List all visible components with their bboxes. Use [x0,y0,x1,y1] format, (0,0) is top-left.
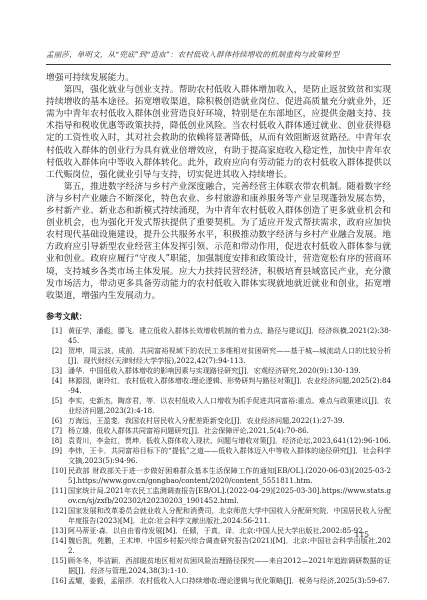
reference-item: [1] 黄征学，潘彪，滕飞．建立低收入群体长效增收机制的着力点、路径与建议[J]… [52,326,391,346]
reference-number: [6] [52,416,68,426]
reference-text: 袁青川，李金红，贾坤．低收入群体收入现状、问题与增收对策[J]．经济论坛,202… [68,436,391,446]
reference-item: [12] 国家发展和改革委员会就业收入分配和消费司，北京师范大学中国收入分配研究… [52,506,391,526]
reference-item: [9] 李炜，王卡．共同富裕目标下的“提低”之道——低收入群体迈入中等收入群体的… [52,446,391,466]
reference-text: 民政部 财政部关于进一步做好困难群众基本生活保障工作的通知[EB/OL].(20… [68,466,391,486]
reference-number: [10] [52,466,68,476]
reference-text: 阿马蒂亚·森．以自由看待发展[M]．任赜，于真，译．北京:中国人民大学出版社,2… [68,526,391,536]
reference-item: [16] 孟耀，姜毅，孟丽莎．农村低收入人口持续增收:理论逻辑与优化策略[J]．… [52,576,391,586]
reference-text: 顾冬冬，毕洁颖．西部脱贫地区相对贫困风险治理路径探究——来自2012—2021年… [68,556,391,576]
paper-page: 孟丽莎，单明文，从“兜底”到“造血”：农村低收入群体持续增收的机制重构与政策转型… [0,0,427,600]
reference-text: 杨立雄．低收入群体共同富裕问题研究[J]．社会保障评论,2021,5(4):70… [68,426,391,436]
running-head-text: 孟丽莎，单明文，从“兜底”到“造血”：农村低收入群体持续增收的机制重构与政策转型 [46,50,339,59]
paragraph-fourth: 第四，强化就业与创业支持。帮助农村低收入群体增加收入，是防止返贫致贫和实现持续增… [46,84,391,181]
reference-item: [14] 魏后凯，苑鹏，王术坤．中国乡村振兴综合调查研究报告(2021)[M]．… [52,536,391,556]
reference-item: [11] 国家统计局.2021年农民工监测调查报告[EB/OL].(2022-0… [52,486,391,506]
reference-number: [4] [52,376,68,386]
reference-item: [5] 李实，史新杰，陶彦君，等．以农村低收入人口增收为抓手促进共同富裕:重点、… [52,396,391,416]
reference-item: [13] 阿马蒂亚·森．以自由看待发展[M]．任赜，于真，译．北京:中国人民大学… [52,526,391,536]
references-heading: 参考文献： [46,311,391,322]
reference-text: 孟耀，姜毅，孟丽莎．农村低收入人口持续增收:理论逻辑与优化策略[J]．税务与经济… [68,576,391,586]
reference-number: [5] [52,396,68,406]
reference-text: 李实，史新杰，陶彦君，等．以农村低收入人口增收为抓手促进共同富裕:重点、难点与政… [68,396,391,416]
paragraph-continuation: 增强可持续发展能力。 [46,72,391,84]
reference-number: [13] [52,526,68,536]
reference-text: 贺坤，周云波，成前．共同富裕视域下的农民工多维相对贫困研究——基于城—城流动人口… [68,346,391,366]
reference-item: [8] 袁青川，李金红，贾坤．低收入群体收入现状、问题与增收对策[J]．经济论坛… [52,436,391,446]
reference-number: [2] [52,346,68,356]
references-section: 参考文献： [1] 黄征学，潘彪，滕飞．建立低收入群体长效增收机制的着力点、路径… [46,311,391,586]
reference-text: 国家发展和改革委员会就业收入分配和消费司，北京师范大学中国收入分配研究院．中国居… [68,506,391,526]
reference-number: [16] [52,576,68,586]
reference-number: [1] [52,326,68,336]
reference-text: 林源园，谢玲红．农村低收入群体增收:理论逻辑、形势研判与路径对策[J]．农业经济… [68,376,391,396]
reference-item: [2] 贺坤，周云波，成前．共同富裕视域下的农民工多维相对贫困研究——基于城—城… [52,346,391,366]
reference-number: [3] [52,366,68,376]
body-text: 增强可持续发展能力。 第四，强化就业与创业支持。帮助农村低收入群体增加收入，是防… [46,72,391,302]
page-number: 115 [355,530,369,539]
reference-text: 潘华．中国低收入群体增收的影响因素与实现路径研究[J]．宏观经济研究,2020(… [68,366,391,376]
references-list: [1] 黄征学，潘彪，滕飞．建立低收入群体长效增收机制的着力点、路径与建议[J]… [46,326,391,586]
reference-number: [11] [52,486,68,496]
reference-number: [8] [52,436,68,446]
reference-item: [4] 林源园，谢玲红．农村低收入群体增收:理论逻辑、形势研判与路径对策[J]．… [52,376,391,396]
reference-item: [10] 民政部 财政部关于进一步做好困难群众基本生活保障工作的通知[EB/OL… [52,466,391,486]
reference-number: [15] [52,556,68,566]
reference-text: 李炜，王卡．共同富裕目标下的“提低”之道——低收入群体迈入中等收入群体的途径研究… [68,446,391,466]
reference-number: [7] [52,426,68,436]
reference-item: [7] 杨立雄．低收入群体共同富裕问题研究[J]．社会保障评论,2021,5(4… [52,426,391,436]
reference-item: [15] 顾冬冬，毕洁颖．西部脱贫地区相对贫困风险治理路径探究——来自2012—… [52,556,391,576]
reference-text: 魏后凯，苑鹏，王术坤．中国乡村振兴综合调查研究报告(2021)[M]．北京:中国… [68,536,391,556]
reference-item: [3] 潘华．中国低收入群体增收的影响因素与实现路径研究[J]．宏观经济研究,2… [52,366,391,376]
reference-item: [6] 万海远，王盈斐．我国农村居民收入分配差距新变化[J]．农业经济问题,20… [52,416,391,426]
reference-text: 万海远，王盈斐．我国农村居民收入分配差距新变化[J]．农业经济问题,2022(1… [68,416,391,426]
reference-text: 黄征学，潘彪，滕飞．建立低收入群体长效增收机制的着力点、路径与建议[J]．经济纵… [68,326,391,346]
reference-number: [9] [52,446,68,456]
reference-number: [12] [52,506,68,516]
reference-text: 国家统计局.2021年农民工监测调查报告[EB/OL].(2022-04-29)… [68,486,391,506]
paragraph-fifth: 第五，推进数字经济与乡村产业深度融合，完善经营主体联农带农机制。随着数字经济与乡… [46,181,391,302]
running-head: 孟丽莎，单明文，从“兜底”到“造血”：农村低收入群体持续增收的机制重构与政策转型 [46,49,391,65]
reference-number: [14] [52,536,68,546]
